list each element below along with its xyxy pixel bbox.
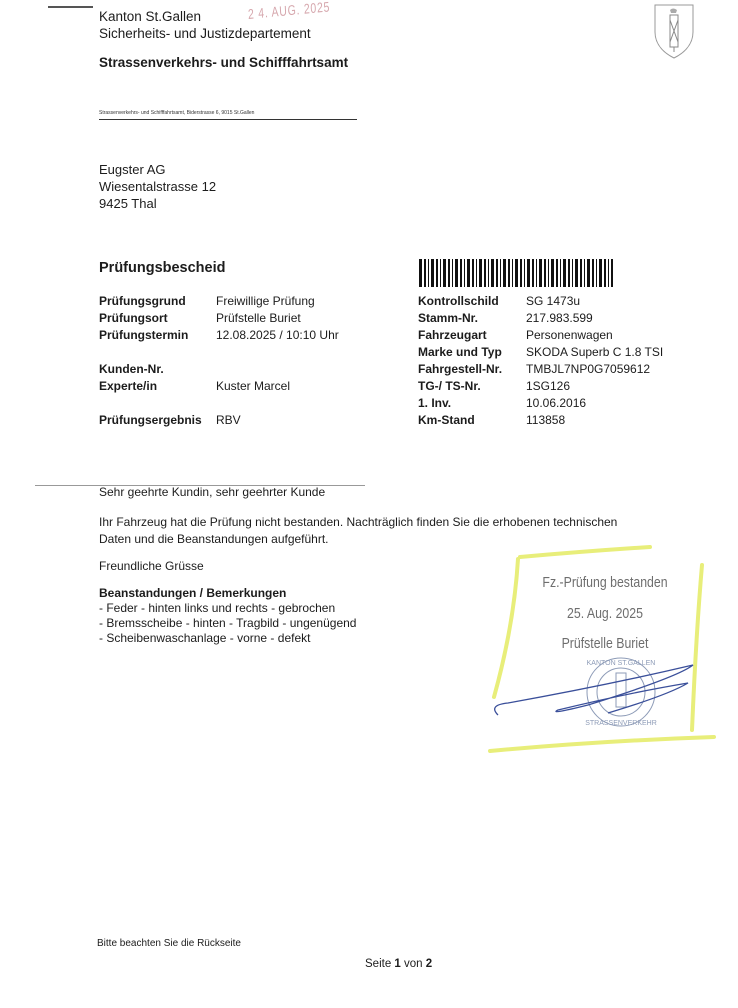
field-value: Personenwagen <box>526 327 613 344</box>
field-value: SKODA Superb C 1.8 TSI <box>526 344 663 361</box>
field-label: Kontrollschild <box>418 293 526 310</box>
footer-note: Bitte beachten Sie die Rückseite <box>97 938 241 949</box>
field-label: Prüfungsergebnis <box>99 412 216 429</box>
field-value: Freiwillige Prüfung <box>216 293 315 310</box>
field-label: Prüfungstermin <box>99 327 216 344</box>
field-label: Experte/in <box>99 378 216 395</box>
vehicle-details: KontrollschildSG 1473uStamm-Nr.217.983.5… <box>418 293 663 429</box>
field-row: Prüfungstermin12.08.2025 / 10:10 Uhr <box>99 327 339 344</box>
field-row: Km-Stand113858 <box>418 412 663 429</box>
field-value: SG 1473u <box>526 293 580 310</box>
recipient-city: 9425 Thal <box>99 195 216 212</box>
scan-mark <box>48 6 93 8</box>
letterhead: Kanton St.Gallen Sicherheits- und Justiz… <box>99 8 348 71</box>
remark-item: - Bremsscheibe - hinten - Tragbild - ung… <box>99 616 356 631</box>
field-value: TMBJL7NP0G7059612 <box>526 361 650 378</box>
letter-body-line: Ihr Fahrzeug hat die Prüfung nicht besta… <box>99 514 699 531</box>
recipient-street: Wiesentalstrasse 12 <box>99 178 216 195</box>
recipient-name: Eugster AG <box>99 161 216 178</box>
remark-item: - Feder - hinten links und rechts - gebr… <box>99 601 356 616</box>
field-row: FahrzeugartPersonenwagen <box>418 327 663 344</box>
field-value: 10.06.2016 <box>526 395 586 412</box>
page-number: Seite 1 von 2 <box>365 958 432 970</box>
field-row: PrüfungsergebnisRBV <box>99 412 339 429</box>
field-label: Prüfungsort <box>99 310 216 327</box>
stamp-passed-text: Fz.-Prüfung bestanden <box>535 574 674 591</box>
sender-return-line: Strassenverkehrs- und Schifffahrtsamt, B… <box>99 110 357 120</box>
field-label: Fahrzeugart <box>418 327 526 344</box>
remarks-section: Beanstandungen / Bemerkungen - Feder - h… <box>99 586 356 646</box>
field-row: Stamm-Nr.217.983.599 <box>418 310 663 327</box>
page-mid: von <box>404 958 423 970</box>
field-row: 1. Inv.10.06.2016 <box>418 395 663 412</box>
field-row: PrüfungsgrundFreiwillige Prüfung <box>99 293 339 310</box>
remark-item: - Scheibenwaschanlage - vorne - defekt <box>99 631 356 646</box>
field-value: 113858 <box>526 412 565 429</box>
field-label: Km-Stand <box>418 412 526 429</box>
department-name: Sicherheits- und Justizdepartement <box>99 25 348 42</box>
barcode-icon <box>419 259 613 287</box>
field-label: Kunden-Nr. <box>99 361 216 378</box>
field-row: Experte/inKuster Marcel <box>99 378 339 395</box>
letter-body: Ihr Fahrzeug hat die Prüfung nicht besta… <box>99 514 699 548</box>
stamp-date: 25. Aug. 2025 <box>535 605 674 622</box>
recipient-address: Eugster AG Wiesentalstrasse 12 9425 Thal <box>99 161 216 212</box>
field-label: Prüfungsgrund <box>99 293 216 310</box>
remarks-heading: Beanstandungen / Bemerkungen <box>99 586 356 601</box>
svg-text:STRASSENVERKEHR: STRASSENVERKEHR <box>585 720 657 727</box>
page-total: 2 <box>426 958 432 970</box>
field-value: 12.08.2025 / 10:10 Uhr <box>216 327 339 344</box>
document-title: Prüfungsbescheid <box>99 260 226 276</box>
field-label: Stamm-Nr. <box>418 310 526 327</box>
closing: Freundliche Grüsse <box>99 559 204 573</box>
field-row: Fahrgestell-Nr.TMBJL7NP0G7059612 <box>418 361 663 378</box>
field-label: Fahrgestell-Nr. <box>418 361 526 378</box>
field-row: TG-/ TS-Nr.1SG126 <box>418 378 663 395</box>
stamp-station: Prüfstelle Buriet <box>535 635 674 652</box>
field-label: 1. Inv. <box>418 395 526 412</box>
field-value: 217.983.599 <box>526 310 593 327</box>
field-value: RBV <box>216 412 241 429</box>
salutation: Sehr geehrte Kundin, sehr geehrter Kunde <box>99 485 325 499</box>
field-value: Prüfstelle Buriet <box>216 310 301 327</box>
page-prefix: Seite <box>365 958 391 970</box>
field-label: TG-/ TS-Nr. <box>418 378 526 395</box>
office-name: Strassenverkehrs- und Schifffahrtsamt <box>99 54 348 71</box>
inspection-details: PrüfungsgrundFreiwillige PrüfungPrüfungs… <box>99 293 339 429</box>
field-row: KontrollschildSG 1473u <box>418 293 663 310</box>
field-value: 1SG126 <box>526 378 570 395</box>
field-row: Kunden-Nr. <box>99 361 339 378</box>
field-row: PrüfungsortPrüfstelle Buriet <box>99 310 339 327</box>
field-row: Marke und TypSKODA Superb C 1.8 TSI <box>418 344 663 361</box>
page-current: 1 <box>394 958 400 970</box>
field-label: Marke und Typ <box>418 344 526 361</box>
field-value: Kuster Marcel <box>216 378 290 395</box>
st-gallen-coat-of-arms-icon <box>652 2 696 60</box>
svg-text:KANTON ST.GALLEN: KANTON ST.GALLEN <box>587 660 656 667</box>
